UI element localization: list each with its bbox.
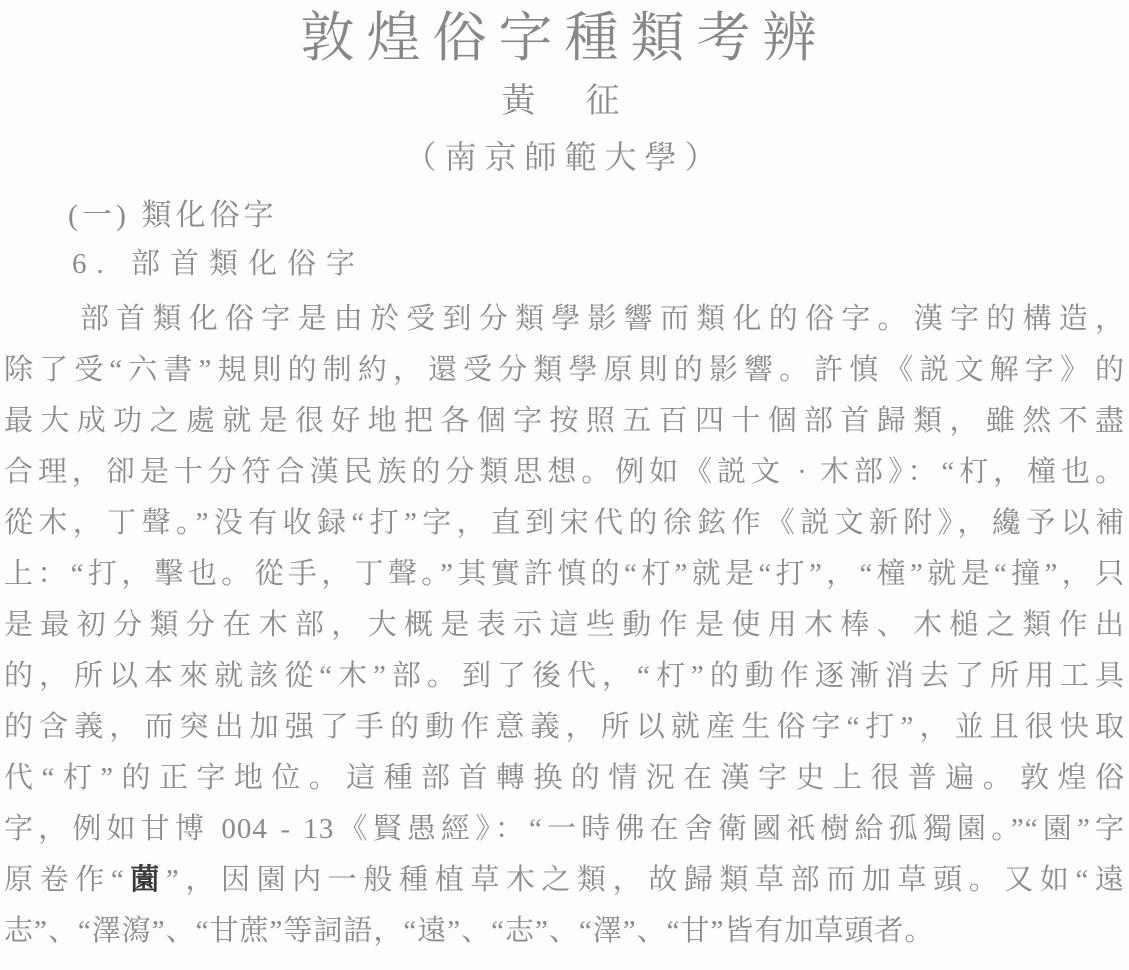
text-line: 從木，丁聲。”没有收録“打”字，直到宋代的徐鉉作《説文新附》，纔予以補	[4, 498, 1125, 549]
section-heading: (一) 類化俗字	[68, 198, 1129, 234]
text-segment: ”，因園内一般種植草木之類，故歸類草部而加草頭。又如“遠	[166, 864, 1125, 896]
text-segment: 原卷作“	[4, 864, 125, 896]
text-line: 合理，卻是十分符合漢民族的分類思想。例如《説文 · 木部》：“朾，橦也。	[4, 447, 1125, 498]
manuscript-glyph: 薗	[125, 864, 166, 896]
document-page: 敦煌俗字種類考辨 黃 征 （南京師範大學） (一) 類化俗字 6. 部首類化俗字…	[0, 0, 1129, 970]
author-name: 黃 征	[0, 82, 1129, 122]
text-line: 的含義，而突出加强了手的動作意義，所以就産生俗字“打”，並且很快取	[4, 702, 1125, 753]
text-line: 是最初分類分在木部，大概是表示這些動作是使用木棒、木槌之類作出	[4, 600, 1125, 651]
text-line: 部首類化俗字是由於受到分類學影響而類化的俗字。漢字的構造，	[4, 294, 1125, 345]
text-line: 上：“打，擊也。從手，丁聲。”其實許慎的“朾”就是“打”，“橦”就是“撞”，只	[4, 549, 1125, 600]
text-line: 除了受“六書”規則的制約，還受分類學原則的影響。許慎《説文解字》的	[4, 345, 1125, 396]
text-line: 字，例如甘博 004 - 13《賢愚經》：“一時佛在舍衛國祇樹給孤獨園。”“園”…	[4, 804, 1125, 855]
text-line: 最大成功之處就是很好地把各個字按照五百四十個部首歸類，雖然不盡	[4, 396, 1125, 447]
text-line: 的，所以本來就該從“木”部。到了後代，“朾”的動作逐漸消去了所用工具	[4, 651, 1125, 702]
page-title: 敦煌俗字種類考辨	[0, 0, 1129, 70]
subsection-heading: 6. 部首類化俗字	[72, 246, 1129, 282]
text-line: 志”、“澤瀉”、“甘蔗”等詞語，“遠”、“志”、“澤”、“甘”皆有加草頭者。	[4, 906, 1125, 957]
text-line: 代“朾”的正字地位。這種部首轉换的情況在漢字史上很普遍。敦煌俗	[4, 753, 1125, 804]
text-line: 原卷作“薗”，因園内一般種植草木之類，故歸類草部而加草頭。又如“遠	[4, 855, 1125, 906]
affiliation: （南京師範大學）	[0, 136, 1129, 178]
paragraph: 部首類化俗字是由於受到分類學影響而類化的俗字。漢字的構造， 除了受“六書”規則的…	[4, 294, 1125, 957]
